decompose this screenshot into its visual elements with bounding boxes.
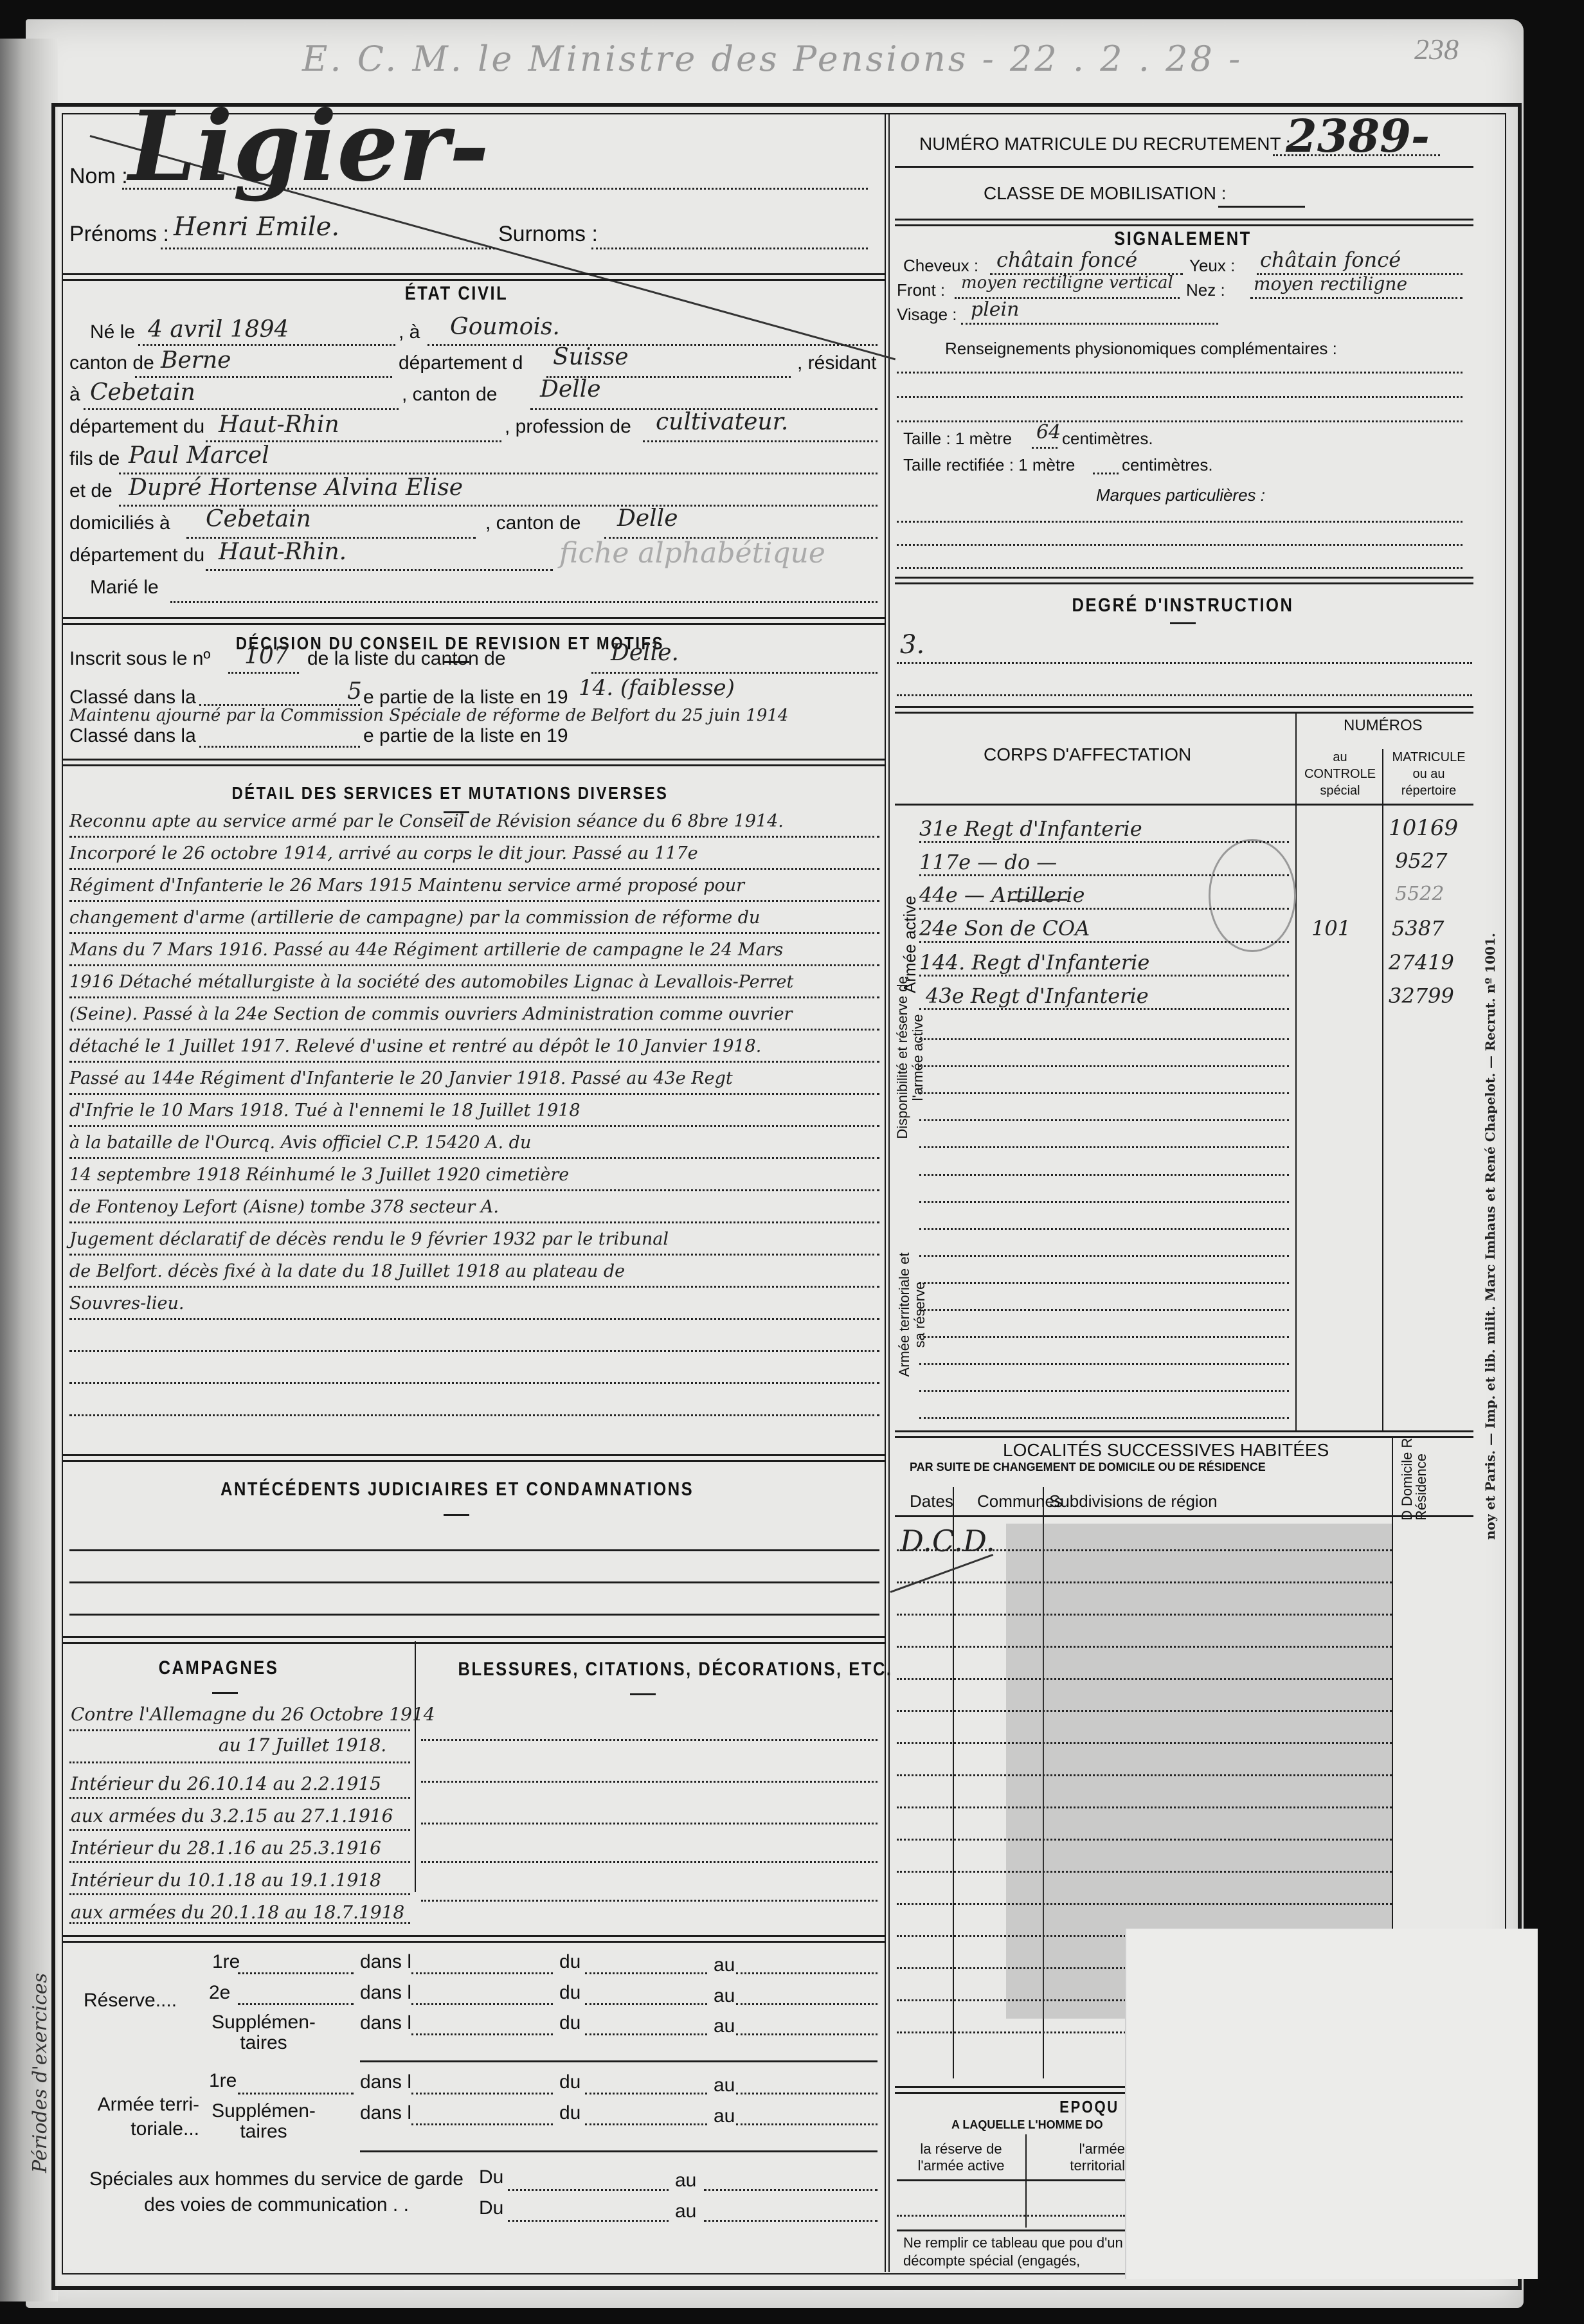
service-line: de Fontenoy Lefort (Aisne) tombe 378 sec… xyxy=(69,1197,499,1217)
table-header-rule xyxy=(895,1515,1473,1517)
section-divider xyxy=(895,2086,1125,2094)
et-de-value: Dupré Hortense Alvina Elise xyxy=(129,474,463,501)
table-row-line xyxy=(919,908,1289,910)
side-disponibilite: Disponibilité et réserve de l'armée acti… xyxy=(895,961,926,1154)
field-line xyxy=(704,2189,878,2191)
yeux-value: châtain foncé xyxy=(1260,248,1401,272)
antecedents-title: ANTÉCÉDENTS JUDICIAIRES ET CONDAMNATIONS xyxy=(221,1479,679,1500)
departement-label: département d xyxy=(399,352,523,374)
dans-label: dans l xyxy=(360,2012,411,2034)
canton3-value: Delle xyxy=(617,505,678,532)
col-matricule-header: MATRICULE ou au répertoire xyxy=(1385,749,1472,799)
table-col-separator xyxy=(1382,749,1383,1430)
title-underline xyxy=(444,1514,469,1516)
prenoms-label: Prénoms : xyxy=(69,222,169,247)
liste-value: Delle. xyxy=(611,640,679,666)
lieu-naissance-value: Goumois. xyxy=(450,314,560,340)
prenoms-value: Henri Emile. xyxy=(174,212,339,242)
ruled-line xyxy=(897,694,1472,696)
corps-row-corps: 43e Regt d'Infanterie xyxy=(926,984,1149,1008)
taille-label: Taille : 1 mètre xyxy=(903,429,1012,449)
localites-title: LOCALITÉS SUCCESSIVES HABITÉES xyxy=(1003,1440,1329,1461)
et-de-label: et de xyxy=(69,480,113,502)
au-label: au xyxy=(714,1985,735,2007)
col-controle-header: au CONTROLE spécial xyxy=(1300,749,1380,799)
corps-row-corps: 144. Regt d'Infanterie xyxy=(919,950,1149,975)
ruled-line xyxy=(69,1189,879,1191)
service-line: changement d'arme (artillerie de campagn… xyxy=(69,908,760,928)
field-line xyxy=(585,1972,707,1974)
field-line xyxy=(736,2003,878,2005)
taille-rectifiee-unit: centimètres. xyxy=(1122,455,1213,475)
table-row-line xyxy=(919,1065,1289,1067)
ruled-line xyxy=(69,1318,879,1320)
ne-le-line xyxy=(138,344,395,346)
campagne-line: aux armées du 3.2.15 au 27.1.1916 xyxy=(71,1805,393,1826)
title-underline xyxy=(212,1692,238,1694)
dans-label: dans l xyxy=(360,2102,411,2124)
residant-line xyxy=(84,408,399,410)
ruled-line xyxy=(69,932,879,934)
section-divider xyxy=(62,759,885,766)
ruled-line xyxy=(897,396,1462,398)
field-line xyxy=(411,1972,553,1974)
profession-label: , profession de xyxy=(505,416,631,438)
canton-value: Berne xyxy=(161,347,231,374)
epoque-note: Ne remplir ce tableau que pou d'un décom… xyxy=(903,2234,1125,2270)
ruled-line xyxy=(69,836,879,838)
field-line xyxy=(360,2150,878,2152)
ruled-line xyxy=(69,1029,879,1031)
table-row-line xyxy=(919,1390,1289,1392)
corps-title: CORPS D'AFFECTATION xyxy=(984,744,1191,765)
book-spine xyxy=(0,39,58,2301)
corner-page-number: 238 xyxy=(1414,32,1459,66)
table-row-line xyxy=(919,941,1289,943)
field-line xyxy=(585,2033,707,2035)
section-divider xyxy=(895,219,1473,226)
service-line: Souvres-lieu. xyxy=(69,1293,184,1313)
prenoms-line xyxy=(161,248,495,249)
ruled-line xyxy=(69,996,879,998)
pasted-paper-overlay xyxy=(1125,1929,1538,2279)
residant-a-value: Cebetain xyxy=(90,379,195,406)
rule xyxy=(897,2229,1125,2231)
ruled-line xyxy=(69,1125,879,1127)
ruled-line xyxy=(421,1861,878,1863)
canton2-label: , canton de xyxy=(402,384,497,406)
inscrit-label-text: Inscrit sous le nº xyxy=(69,648,210,670)
fils-value: Paul Marcel xyxy=(129,442,269,469)
etat-civil-title: ÉTAT CIVIL xyxy=(375,283,539,305)
ruled-line xyxy=(897,372,1462,374)
degre-instruction-value: 3. xyxy=(900,630,924,660)
section-divider xyxy=(895,706,1473,714)
au-label: au xyxy=(714,1954,735,1976)
service-line: à la bataille de l'Ourcq. Avis officiel … xyxy=(69,1133,531,1153)
departement2-label: département du xyxy=(69,416,204,438)
departement2-value: Haut-Rhin xyxy=(219,411,339,438)
service-line: Passé au 144e Régiment d'Infanterie le 2… xyxy=(69,1068,733,1088)
service-line: 14 septembre 1918 Réinhumé le 3 Juillet … xyxy=(69,1165,569,1185)
ruled-line xyxy=(69,1414,879,1416)
du-label: du xyxy=(559,2012,580,2034)
ruled-line xyxy=(69,1093,879,1095)
marie-line xyxy=(170,601,878,603)
ruled-line xyxy=(69,1861,410,1863)
ruled-line xyxy=(897,1549,1392,1551)
speciales-label: Spéciales aux hommes du service de garde… xyxy=(84,2166,469,2218)
residant-a-label: à xyxy=(69,384,80,406)
periodes-side-label: Périodes d'exercices xyxy=(29,1973,51,2173)
numeros-label: NUMÉROS xyxy=(1344,717,1423,735)
classe1-suffix: e partie de la liste en 19 xyxy=(363,687,568,708)
ruled-line xyxy=(69,1797,410,1799)
ruled-line xyxy=(897,1614,1392,1616)
epoque-col-reserve: la réserve de l'armée active xyxy=(900,2141,1022,2174)
inscrit-value: 107 xyxy=(244,643,289,669)
ruled-line xyxy=(69,900,879,902)
departement3-label: département du xyxy=(69,545,204,566)
campagnes-title: CAMPAGNES xyxy=(142,1657,295,1679)
table-row-line xyxy=(919,1119,1289,1121)
territoriale-label: Armée terri- toriale... xyxy=(84,2093,199,2141)
field-line xyxy=(411,2033,553,2035)
table-header-rule xyxy=(895,804,1473,806)
ruled-line xyxy=(69,1614,879,1616)
table-col-separator xyxy=(1295,714,1297,1430)
table-row-line xyxy=(919,1363,1289,1365)
surnoms-line xyxy=(591,248,868,249)
section-divider xyxy=(895,1430,1473,1438)
front-label: Front : xyxy=(897,280,945,300)
table-row-line xyxy=(919,1201,1289,1203)
ruled-line xyxy=(897,1742,1392,1744)
canton2-value: Delle xyxy=(540,376,601,402)
visage-label: Visage : xyxy=(897,305,957,325)
corps-row-controle: 101 xyxy=(1311,916,1351,941)
du-cap-label: Du xyxy=(479,2197,503,2219)
nez-line xyxy=(1250,297,1462,299)
taille-value: 64 xyxy=(1036,421,1061,444)
yeux-label: Yeux : xyxy=(1189,256,1235,276)
classe1-value: 5 xyxy=(347,678,362,705)
col-domicile-residence: D Domicile R Résidence xyxy=(1400,1437,1428,1520)
col-dates: Dates xyxy=(910,1491,953,1511)
ruled-line xyxy=(69,1549,879,1551)
residant-label: , résidant xyxy=(797,352,876,374)
domicilies-value: Cebetain xyxy=(206,506,311,532)
field-line xyxy=(508,2220,669,2222)
service-line: d'Infrie le 10 Mars 1918. Tué à l'ennemi… xyxy=(69,1101,580,1121)
table-row-line xyxy=(919,1008,1289,1010)
domicilies-label: domiciliés à xyxy=(69,512,170,534)
corps-row-matricule: 10169 xyxy=(1389,815,1458,841)
canton3-label: , canton de xyxy=(485,512,580,534)
campagnes-separator xyxy=(415,1641,416,1892)
corps-row-corps: 117e — do — xyxy=(919,850,1057,874)
corps-row-matricule: 32799 xyxy=(1389,984,1454,1008)
dans-label: dans l xyxy=(360,1951,411,1973)
service-line: Mans du 7 Mars 1916. Passé au 44e Régime… xyxy=(69,940,783,960)
ruled-line xyxy=(69,1922,410,1924)
reserve-supp: Supplémen- taires xyxy=(209,2012,318,2053)
marie-label: Marié le xyxy=(90,577,159,599)
ruled-line xyxy=(897,521,1462,523)
field-line xyxy=(360,2060,878,2062)
corps-row-corps: 31e Regt d'Infanterie xyxy=(919,816,1142,841)
du-cap-label: Du xyxy=(479,2166,503,2188)
table-row-line xyxy=(919,874,1289,876)
classe1-label: Classé dans la xyxy=(69,687,196,708)
nom-line xyxy=(122,188,868,190)
marques-label: Marques particulières : xyxy=(1096,485,1265,505)
blessures-title: BLESSURES, CITATIONS, DÉCORATIONS, ETC. xyxy=(458,1659,841,1680)
field-line xyxy=(736,2093,878,2094)
ruled-line xyxy=(69,1061,879,1063)
liste-label: de la liste du canton de xyxy=(307,648,506,670)
ruled-line xyxy=(69,1761,410,1763)
ruled-line xyxy=(421,1900,878,1902)
field-line xyxy=(736,1972,878,1974)
table-row-line xyxy=(919,841,1289,843)
ruled-line xyxy=(897,1903,1392,1905)
table-row-line xyxy=(919,1336,1289,1338)
ruled-line xyxy=(69,964,879,966)
table-row-line xyxy=(919,1417,1289,1419)
classe2-line xyxy=(199,746,360,748)
table-row-line xyxy=(919,1038,1289,1040)
ruled-line xyxy=(69,1254,879,1256)
nom-label: Nom : xyxy=(69,164,128,189)
column-separator xyxy=(885,113,890,2272)
ruled-line xyxy=(69,1350,879,1352)
field-line xyxy=(508,2189,669,2191)
localites-subtitle: PAR SUITE DE CHANGEMENT DE DOMICILE OU D… xyxy=(910,1461,1266,1474)
printer-credit: noy et Paris. — Imp. et lib. milit. Marc… xyxy=(1482,933,1498,1540)
classe2-label: Classé dans la xyxy=(69,725,196,747)
field-line xyxy=(704,2220,878,2222)
inscrit-line xyxy=(228,672,299,674)
campagne-line: aux armées du 20.1.18 au 18.7.1918 xyxy=(71,1902,404,1923)
au-label: au xyxy=(675,2201,696,2222)
cheveux-value: châtain foncé xyxy=(996,248,1137,272)
table-row-line xyxy=(919,1092,1289,1094)
section-divider xyxy=(62,617,885,625)
nom-value: Ligier- xyxy=(129,90,489,203)
ruled-line xyxy=(421,1823,878,1824)
table-row-line xyxy=(919,1174,1289,1176)
classe1-year: 14. (faiblesse) xyxy=(579,675,735,701)
ruled-line xyxy=(897,1646,1392,1648)
table-row-line xyxy=(919,1309,1289,1311)
table-row-line xyxy=(919,1282,1289,1284)
field-line xyxy=(411,2093,553,2094)
epoque-subtitle: A LAQUELLE L'HOMME DO xyxy=(951,2118,1103,2132)
field-line xyxy=(585,2093,707,2094)
field-line xyxy=(411,2003,553,2005)
ruled-line xyxy=(421,1739,878,1741)
field-line xyxy=(736,2033,878,2035)
a-label: , à xyxy=(399,321,420,343)
ruled-line xyxy=(421,1781,878,1783)
nez-value: moyen rectiligne xyxy=(1254,273,1407,294)
service-line: 1916 Détaché métallurgiste à la société … xyxy=(69,972,793,992)
lieu-line xyxy=(428,344,878,346)
ruled-line xyxy=(897,1710,1392,1712)
du-label: du xyxy=(559,2071,580,2093)
ruled-line xyxy=(897,1581,1392,1583)
service-line: (Seine). Passé à la 24e Section de commi… xyxy=(69,1004,792,1024)
degre-instruction-title: DEGRÉ D'INSTRUCTION xyxy=(1063,595,1303,617)
ruled-line xyxy=(897,567,1462,569)
table-row-line xyxy=(919,975,1289,977)
corps-row-corps: 24e Son de COA xyxy=(919,916,1090,941)
table-header-rule xyxy=(897,2179,1125,2181)
field-line xyxy=(238,1972,354,1974)
canton-line xyxy=(135,376,392,378)
ruled-line xyxy=(69,1829,410,1831)
ruled-line xyxy=(69,868,879,870)
front-value: moyen rectiligne vertical xyxy=(961,273,1173,293)
title-underline xyxy=(1170,622,1196,624)
renseignements-label: Renseignements physionomiques complément… xyxy=(945,339,1337,359)
departement3-value: Haut-Rhin. xyxy=(219,539,346,565)
classe-mobilisation-label: CLASSE DE MOBILISATION : xyxy=(984,183,1227,204)
campagne-line: Intérieur du 28.1.16 au 25.3.1916 xyxy=(71,1837,381,1859)
liste-line xyxy=(591,672,878,674)
territoriale-supp: Supplémen- taires xyxy=(209,2101,318,2142)
ruled-line xyxy=(897,2215,1125,2217)
ruled-line xyxy=(897,420,1462,422)
visage-value: plein xyxy=(971,298,1019,321)
ne-le-label: Né le xyxy=(90,321,135,343)
nez-label: Nez : xyxy=(1186,280,1225,300)
ruled-line xyxy=(897,1839,1392,1841)
taille-unit: centimètres. xyxy=(1062,429,1153,449)
epoque-title: EPOQU xyxy=(1059,2097,1119,2117)
section-divider xyxy=(895,577,1473,584)
dans-label: dans l xyxy=(360,1982,411,2004)
localites-entry: D.C.D. xyxy=(900,1524,995,1558)
taille-line xyxy=(1032,447,1057,449)
section-divider xyxy=(62,1636,885,1644)
taille-rect-line xyxy=(1093,473,1119,474)
corps-row-corps: 44e — Artillerie xyxy=(919,883,1084,907)
fiche-alphabetique-note: fiche alphabétique xyxy=(559,537,825,570)
campagne-line: Intérieur du 10.1.18 au 19.1.1918 xyxy=(71,1869,381,1891)
section-divider xyxy=(62,1935,885,1943)
service-line: Incorporé le 26 octobre 1914, arrivé au … xyxy=(69,843,698,863)
table-row-line xyxy=(919,1255,1289,1257)
departement3-line xyxy=(206,569,553,571)
visage-line xyxy=(961,323,1218,325)
service-line: de Belfort. décès fixé à la date du 18 J… xyxy=(69,1261,625,1281)
service-line: Jugement déclaratif de décès rendu le 9 … xyxy=(69,1229,669,1249)
table-row-line xyxy=(919,1146,1289,1148)
ruled-line xyxy=(69,1729,410,1731)
field-line xyxy=(585,2123,707,2125)
col-subdivisions: Subdivisions de région xyxy=(1049,1491,1218,1511)
field-line xyxy=(585,2003,707,2005)
matricule-line xyxy=(1273,154,1440,156)
reserve-1re: 1re xyxy=(212,1951,240,1973)
au-label: au xyxy=(675,2170,696,2192)
corps-row-matricule: 5522 xyxy=(1395,883,1444,905)
au-label: au xyxy=(714,2015,735,2037)
service-line: détaché le 1 Juillet 1917. Relevé d'usin… xyxy=(69,1036,761,1056)
services-title: DÉTAIL DES SERVICES ET MUTATIONS DIVERSE… xyxy=(231,783,669,804)
departement-value: Suisse xyxy=(553,344,629,370)
dans-label: dans l xyxy=(360,2071,411,2093)
campagne-line: Intérieur du 26.10.14 au 2.2.1915 xyxy=(71,1773,381,1794)
ruled-line xyxy=(69,1286,879,1288)
du-label: du xyxy=(559,2102,580,2124)
au-label: au xyxy=(714,2105,735,2127)
du-label: du xyxy=(559,1982,580,2004)
ruled-line xyxy=(69,1893,410,1895)
field-line xyxy=(411,2123,553,2125)
circular-stamp xyxy=(1209,839,1296,952)
service-line: Régiment d'Infanterie le 26 Mars 1915 Ma… xyxy=(69,876,744,896)
du-label: du xyxy=(559,1951,580,1973)
classe-line xyxy=(1218,206,1305,208)
top-annotation: E. C. M. le Ministre des Pensions - 22 .… xyxy=(302,39,1243,79)
corps-row-matricule: 27419 xyxy=(1389,950,1454,975)
col-separator xyxy=(953,1487,954,2078)
field-line xyxy=(238,2003,354,2005)
au-label: au xyxy=(714,2075,735,2096)
section-divider xyxy=(62,273,885,281)
strikethrough xyxy=(1009,899,1067,901)
ruled-line xyxy=(897,1678,1392,1680)
divider xyxy=(895,166,1473,168)
ruled-line xyxy=(69,1382,879,1384)
reserve-label: Réserve.... xyxy=(84,1990,177,2012)
field-line xyxy=(238,2093,354,2094)
field-line xyxy=(736,2123,878,2125)
ruled-line xyxy=(69,1157,879,1159)
decision-note: Maintenu ajourné par la Commission Spéci… xyxy=(69,706,788,725)
section-divider xyxy=(62,1454,885,1462)
campagne-line: Contre l'Allemagne du 26 Octobre 1914 xyxy=(71,1704,435,1725)
fils-label: fils de xyxy=(69,448,120,470)
title-underline xyxy=(630,1693,656,1695)
classe2-suffix: e partie de la liste en 19 xyxy=(363,725,568,747)
service-line: Reconnu apte au service armé par le Cons… xyxy=(69,811,784,831)
territoriale-1re: 1re xyxy=(209,2070,237,2092)
corps-row-matricule: 5387 xyxy=(1392,916,1444,941)
epoque-col-territoriale: l'armée territorial xyxy=(1029,2141,1125,2174)
matricule-label: NUMÉRO MATRICULE DU RECRUTEMENT : xyxy=(919,134,1291,154)
ruled-line xyxy=(897,1871,1392,1873)
corps-row-matricule: 9527 xyxy=(1395,849,1447,873)
taille-rectifiee-label: Taille rectifiée : 1 mètre xyxy=(903,455,1075,475)
ne-le-value: 4 avril 1894 xyxy=(148,316,289,343)
reserve-2e: 2e xyxy=(209,1982,230,2004)
ruled-line xyxy=(897,1806,1392,1808)
canton-label: canton de xyxy=(69,352,154,374)
signalement-title: SIGNALEMENT xyxy=(1079,228,1287,250)
ruled-line xyxy=(69,1221,879,1223)
ruled-line xyxy=(897,662,1472,664)
table-row-line xyxy=(919,1228,1289,1230)
surnoms-label: Surnoms : xyxy=(498,222,598,247)
profession-value: cultivateur. xyxy=(656,409,788,435)
ruled-line xyxy=(897,544,1462,546)
ruled-line xyxy=(69,1581,879,1583)
profession-line xyxy=(643,440,878,442)
